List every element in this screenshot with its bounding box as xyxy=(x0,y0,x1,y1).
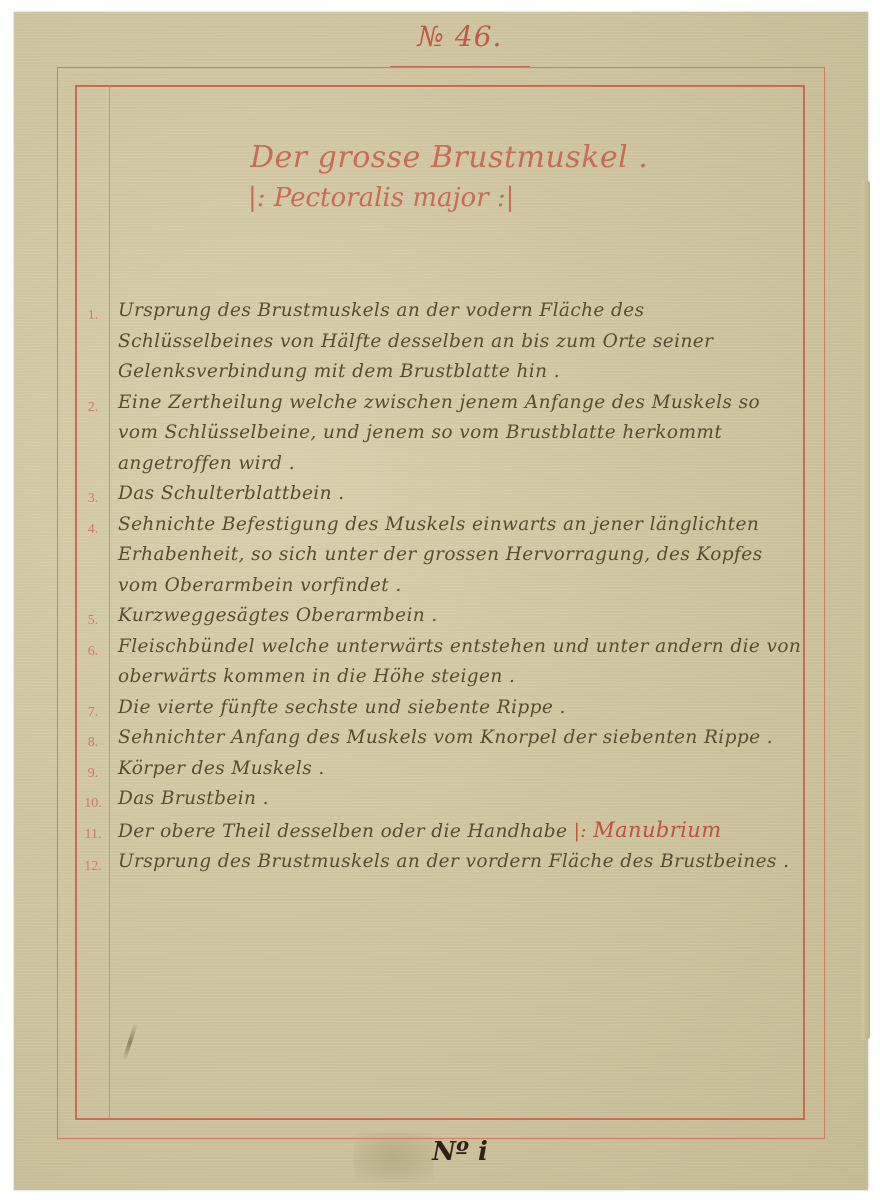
entry-text: Die vierte fünfte sechste und siebente R… xyxy=(108,693,808,724)
latin-title: |: Pectoralis major :| xyxy=(230,183,650,213)
entry-text: Eine Zertheilung welche zwischen jenem A… xyxy=(108,388,808,480)
entry-text-german: Der obere Theil desselben oder die Handh… xyxy=(118,821,567,842)
entry-number: 7. xyxy=(78,693,108,721)
latin-bracket: |: xyxy=(574,821,587,842)
entry-text: Ursprung des Brustmuskels an der vodern … xyxy=(108,296,808,388)
entry-text: Das Brustbein . xyxy=(108,784,808,815)
list-item: 2. Eine Zertheilung welche zwischen jene… xyxy=(78,388,808,480)
entry-text: Körper des Muskels . xyxy=(108,754,808,785)
list-item: 5. Kurzweggesägtes Oberarmbein . xyxy=(78,601,808,632)
entry-number: 8. xyxy=(78,723,108,751)
catchword: Nº i xyxy=(420,1137,500,1167)
entry-number: 6. xyxy=(78,632,108,660)
entry-number: 2. xyxy=(78,388,108,416)
numbered-entry-list: 1. Ursprung des Brustmuskels an der vode… xyxy=(78,296,808,878)
entry-number: 5. xyxy=(78,601,108,629)
entry-text: Sehnichter Anfang des Muskels vom Knorpe… xyxy=(108,723,808,754)
entry-text: Der obere Theil desselben oder die Handh… xyxy=(108,815,808,848)
entry-text: Das Schulterblattbein . xyxy=(108,479,808,510)
entry-number: 4. xyxy=(78,510,108,538)
latin-term: Manubrium xyxy=(593,818,721,842)
page-number: № 46. xyxy=(400,20,520,53)
list-item: 8. Sehnichter Anfang des Muskels vom Kno… xyxy=(78,723,808,754)
entry-number: 11. xyxy=(78,815,108,843)
entry-text: Sehnichte Befestigung des Muskels einwar… xyxy=(108,510,808,602)
list-item: 12. Ursprung des Brustmuskels an der vor… xyxy=(78,847,808,878)
entry-number: 3. xyxy=(78,479,108,507)
entry-text: Ursprung des Brustmuskels an der vordern… xyxy=(108,847,808,878)
title-block: Der grosse Brustmuskel . |: Pectoralis m… xyxy=(230,140,650,213)
entry-number: 10. xyxy=(78,784,108,812)
torn-page-edge xyxy=(862,180,870,1040)
entry-number: 1. xyxy=(78,296,108,324)
list-item: 3. Das Schulterblattbein . xyxy=(78,479,808,510)
list-item: 4. Sehnichte Befestigung des Muskels ein… xyxy=(78,510,808,602)
list-item: 10. Das Brustbein . xyxy=(78,784,808,815)
list-item: 11. Der obere Theil desselben oder die H… xyxy=(78,815,808,848)
entry-number: 12. xyxy=(78,847,108,875)
list-item: 6. Fleischbündel welche unterwärts entst… xyxy=(78,632,808,693)
entry-text: Fleischbündel welche unterwärts entstehe… xyxy=(108,632,808,693)
list-item: 9. Körper des Muskels . xyxy=(78,754,808,785)
list-item: 7. Die vierte fünfte sechste und siebent… xyxy=(78,693,808,724)
entry-text: Kurzweggesägtes Oberarmbein . xyxy=(108,601,808,632)
page-title: Der grosse Brustmuskel . xyxy=(230,140,650,175)
list-item: 1. Ursprung des Brustmuskels an der vode… xyxy=(78,296,808,388)
entry-number: 9. xyxy=(78,754,108,782)
